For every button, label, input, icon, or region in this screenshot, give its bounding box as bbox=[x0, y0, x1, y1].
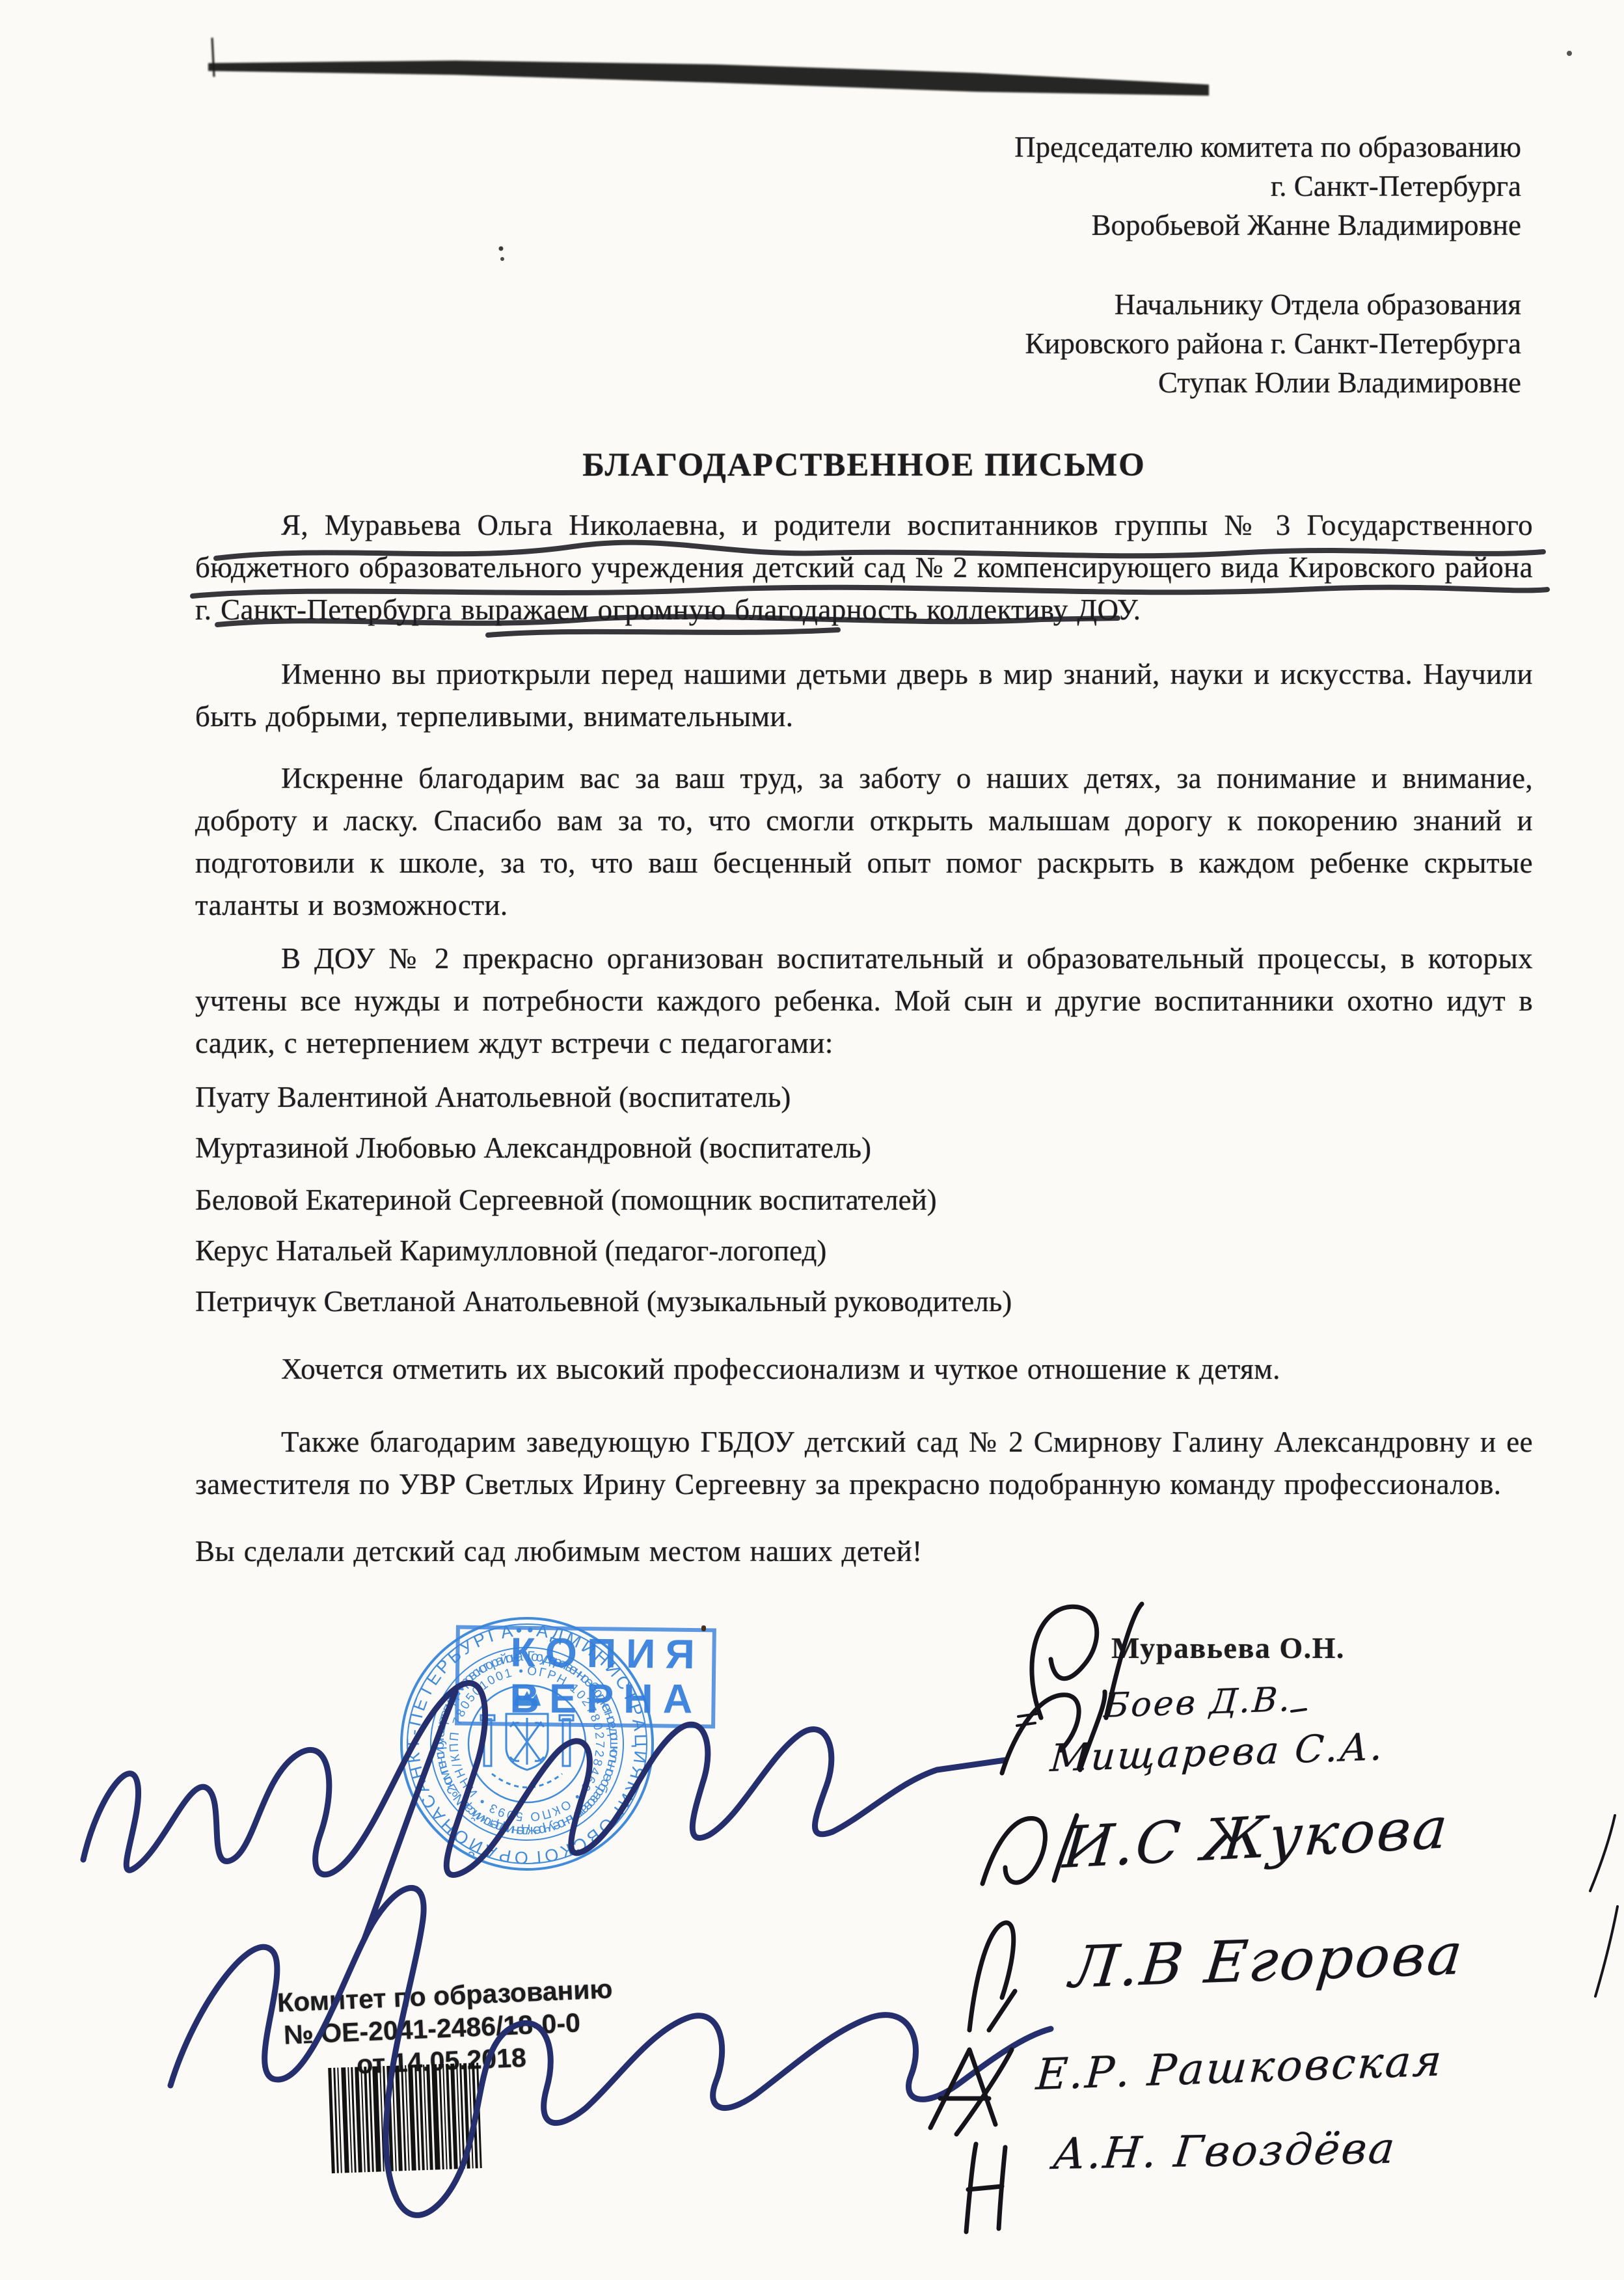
copy-stamp-line: ВЕРНА bbox=[459, 1676, 712, 1722]
scan-artifact bbox=[208, 38, 1209, 96]
recipient-block-1: Председателю комитета по образованию г. … bbox=[1014, 128, 1521, 245]
paragraph-3: Искренне благодарим вас за ваш труд, за … bbox=[195, 757, 1533, 927]
teacher-line: Муртазиной Любовью Александровной (воспи… bbox=[195, 1131, 871, 1165]
recipient-line: г. Санкт-Петербурга bbox=[1014, 167, 1521, 206]
copy-verna-stamp: КОПИЯ ВЕРНА bbox=[455, 1625, 716, 1729]
scan-speck bbox=[500, 257, 504, 261]
paragraph-5: Хочется отметить их высокий профессионал… bbox=[195, 1348, 1533, 1391]
paragraph-2: Именно вы приоткрыли перед нашими детьми… bbox=[195, 653, 1533, 738]
paragraph-7: Вы сделали детский сад любимым местом на… bbox=[195, 1530, 1533, 1573]
barcode bbox=[327, 2060, 487, 2177]
recipient-line: Ступак Юлии Владимировне bbox=[1025, 363, 1521, 402]
handwritten-name: А.Н. Гвоздёва bbox=[1051, 2123, 1399, 2179]
paragraph-4: В ДОУ № 2 прекрасно организован воспитат… bbox=[195, 938, 1533, 1065]
handwritten-name: Е.Р. Рашковская bbox=[1035, 2035, 1445, 2100]
handwritten-name: Боев Д.В. bbox=[1103, 1680, 1293, 1726]
teacher-line: Петричук Светланой Анатольевной (музыкал… bbox=[195, 1284, 1012, 1318]
letter-title: БЛАГОДАРСТВЕННОЕ ПИСЬМО bbox=[195, 446, 1533, 484]
recipient-line: Начальнику Отдела образования bbox=[1025, 285, 1521, 324]
recipient-block-2: Начальнику Отдела образования Кировского… bbox=[1025, 285, 1521, 402]
teacher-line: Пуату Валентиной Анатольевной (воспитате… bbox=[195, 1080, 791, 1114]
handwritten-name: Л.В Егорова bbox=[1067, 1920, 1467, 2001]
teacher-line: Беловой Екатериной Сергеевной (помощник … bbox=[195, 1183, 937, 1217]
paragraph-6: Также благодарим заведующую ГБДОУ детски… bbox=[195, 1421, 1533, 1506]
handwritten-name: Мищарева С.А. bbox=[1049, 1724, 1386, 1780]
handwritten-name: И.С Жукова bbox=[1061, 1794, 1452, 1881]
recipient-line: Воробьевой Жанне Владимировне bbox=[1014, 206, 1521, 245]
recipient-line: Кировского района г. Санкт-Петербурга bbox=[1025, 324, 1521, 363]
copy-stamp-line: КОПИЯ bbox=[459, 1629, 712, 1678]
teacher-line: Керус Натальей Каримулловной (педагог-ло… bbox=[195, 1234, 826, 1268]
scan-speck bbox=[499, 247, 504, 251]
scanned-letter-page: Председателю комитета по образованию г. … bbox=[0, 0, 1624, 2280]
typed-signature-name: Муравьева О.Н. bbox=[1111, 1631, 1345, 1665]
scan-speck bbox=[1567, 51, 1572, 56]
paragraph-1: Я, Муравьева Ольга Николаевна, и родител… bbox=[195, 504, 1533, 631]
recipient-line: Председателю комитета по образованию bbox=[1014, 128, 1521, 167]
